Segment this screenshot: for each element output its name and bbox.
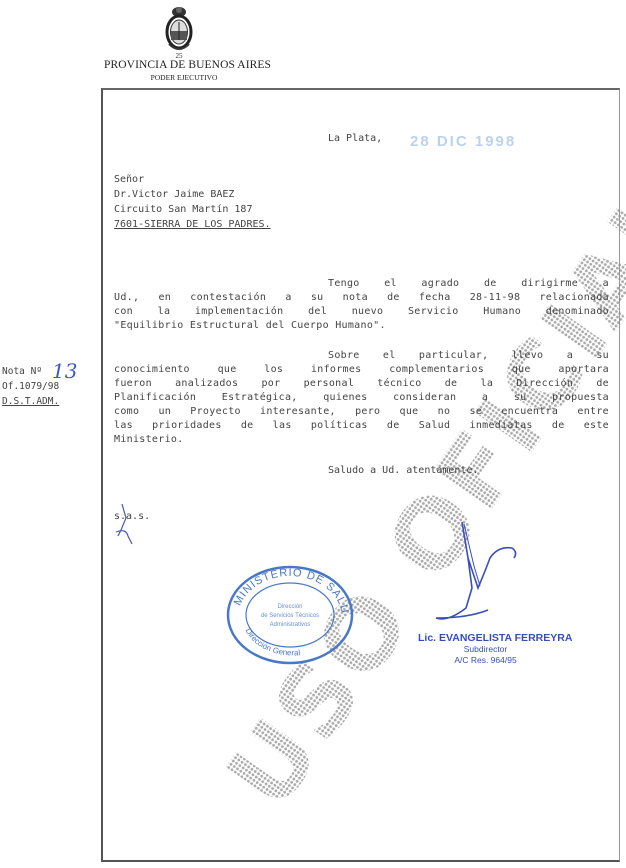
paragraph2-line: conocimiento que los informes complement… — [114, 363, 609, 377]
svg-text:Dirección: Dirección — [277, 604, 302, 610]
branch-name: PODER EJECUTIVO — [104, 73, 264, 82]
paragraph1-line: Ud., en contestación a su nota de fecha … — [114, 291, 609, 305]
paragraph1-line: con la implementación del nuevo Servicio… — [114, 305, 609, 319]
addressee-name: Dr.Victor Jaime BAEZ — [114, 189, 234, 200]
paragraph1-line: Tengo el agrado de dirigirme a — [328, 277, 609, 291]
signatory-resolution: A/C Res. 964/95 — [418, 655, 553, 665]
signatory-title: Subdirector — [418, 644, 553, 654]
signature-scribble-icon — [428, 518, 528, 628]
addressee-city: 7601-SIERRA DE LOS PADRES. — [114, 219, 271, 230]
date-stamp: 28 DIC 1998 — [410, 133, 516, 150]
office-reference: Of.1079/98 — [2, 381, 59, 392]
paragraph2-line: fueron analizados por personal técnico d… — [114, 377, 609, 391]
initials-scribble-icon — [112, 502, 142, 546]
signatory-name: Lic. EVANGELISTA FERREYRA — [418, 632, 553, 644]
svg-text:de Servicios Técnicos: de Servicios Técnicos — [261, 613, 319, 619]
paragraph2-line: como un Proyecto interesante, pero que n… — [114, 405, 609, 419]
addressee-street: Circuito San Martín 187 — [114, 204, 252, 215]
ministry-seal: MINISTERIO DE SALUD Dirección General Di… — [224, 562, 356, 668]
paragraph2-line: Ministerio. — [114, 433, 609, 447]
argentina-coat-of-arms-icon: 25 — [163, 4, 195, 60]
province-name: PROVINCIA DE BUENOS AIRES — [104, 59, 264, 71]
paragraph2-line: Sobre el particular, llevo a su — [328, 349, 609, 363]
paragraph2-line: Planificación Estratégica, quienes consi… — [114, 391, 609, 405]
date-place: La Plata, — [328, 133, 382, 144]
paragraph1-line: "Equilibrio Estructural del Cuerpo Human… — [114, 319, 609, 333]
note-number-handwritten: 13 — [52, 359, 77, 383]
paragraph2-line: las prioridades de las políticas de Salu… — [114, 419, 609, 433]
svg-text:Administrativos: Administrativos — [270, 622, 311, 628]
department-code: D.S.T.ADM. — [2, 396, 59, 407]
salutation: Señor — [114, 174, 144, 185]
note-label: Nota Nº — [2, 366, 42, 377]
closing: Saludo a Ud. atentamente. — [328, 465, 479, 476]
